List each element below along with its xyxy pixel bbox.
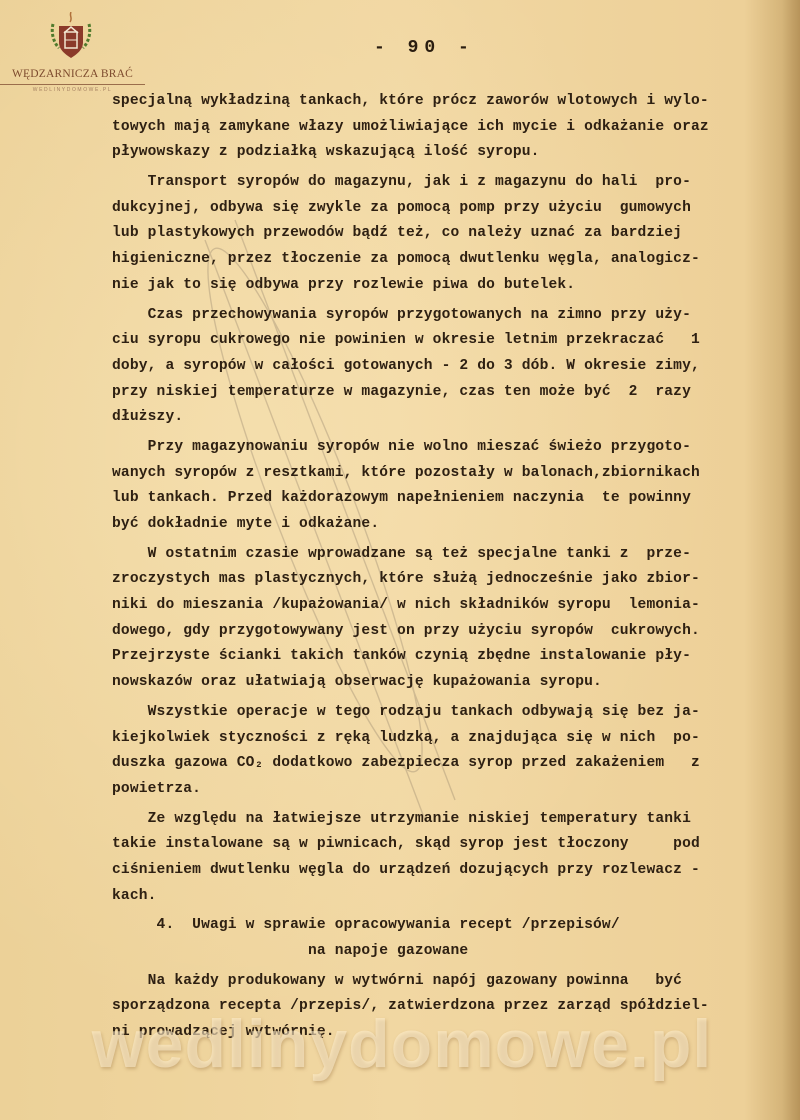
site-watermark: wedlinydomowe.pl [82,1005,722,1083]
paragraph-line: doby, a syropów w całości gotowanych - 2… [112,354,757,380]
paragraph-line: towych mają zamykane włazy umożliwiające… [112,115,757,141]
paragraph-line: dowego, gdy przygotowywany jest on przy … [112,619,757,645]
paragraph-line: lub plastykowych przewodów bądź też, co … [112,221,757,247]
section-heading: 4. Uwagi w sprawie opracowywania recept … [112,913,757,939]
brand-name: WĘDZARNICZA BRAĆ [0,68,145,80]
paragraph-line: nowskazów oraz ułatwiają obserwację kupa… [112,670,757,696]
paragraph-line: Przy magazynowaniu syropów nie wolno mie… [112,435,757,461]
paragraph-line: Ze względu na łatwiejsze utrzymanie nisk… [112,807,757,833]
paragraph-line: Wszystkie operacje w tego rodzaju tankac… [112,700,757,726]
site-logo[interactable]: WĘDZARNICZA BRAĆ WEDLINYDOMOWE.PL [0,4,145,84]
paragraph-line: niki do mieszania /kupażowania/ w nich s… [112,593,757,619]
paragraph-line: W ostatnim czasie wprowadzane są też spe… [112,542,757,568]
paragraph-line: Na każdy produkowany w wytwórni napój ga… [112,969,757,995]
paragraph-line: Transport syropów do magazynu, jak i z m… [112,170,757,196]
paragraph-line: takie instalowane są w piwnicach, skąd s… [112,832,757,858]
paragraph-line: dłuższy. [112,405,757,431]
paragraph-line: higieniczne, przez tłoczenie za pomocą d… [112,247,757,273]
paragraph-line: specjalną wykładziną tankach, które próc… [112,89,757,115]
paragraph-line: nie jak to się odbywa przy rozlewie piwa… [112,273,757,299]
paragraph-line: zroczystych mas plastycznych, które służ… [112,567,757,593]
paragraph-line: powietrza. [112,777,757,803]
paragraph-line: dukcyjnej, odbywa się zwykle za pomocą p… [112,196,757,222]
section-heading: na napoje gazowane [112,939,757,965]
document-body: specjalną wykładziną tankach, które próc… [112,89,757,1046]
coat-of-arms-icon [49,12,93,60]
paragraph-line: lub tankach. Przed każdorazowym napełnie… [112,486,757,512]
paragraph-line: przy niskiej temperaturze w magazynie, c… [112,380,757,406]
paragraph-line: duszka gazowa CO₂ dodatkowo zabezpiecza … [112,751,757,777]
paragraph-line: kiejkolwiek styczności z ręką ludzką, a … [112,726,757,752]
paragraph-line: ciśnieniem dwutlenku węgla do urządzeń d… [112,858,757,884]
logo-divider [0,84,145,85]
paragraph-line: wanych syropów z resztkami, które pozost… [112,461,757,487]
paragraph-line: Przejrzyste ścianki takich tanków czynią… [112,644,757,670]
page-edge-shadow [782,0,800,1120]
paragraph-line: kach. [112,884,757,910]
paragraph-line: ciu syropu cukrowego nie powinien w okre… [112,328,757,354]
page-number: - 90 - [374,38,475,58]
paragraph-line: Czas przechowywania syropów przygotowany… [112,303,757,329]
paragraph-line: być dokładnie myte i odkażane. [112,512,757,538]
paragraph-line: pływowskazy z podziałką wskazującą ilość… [112,140,757,166]
